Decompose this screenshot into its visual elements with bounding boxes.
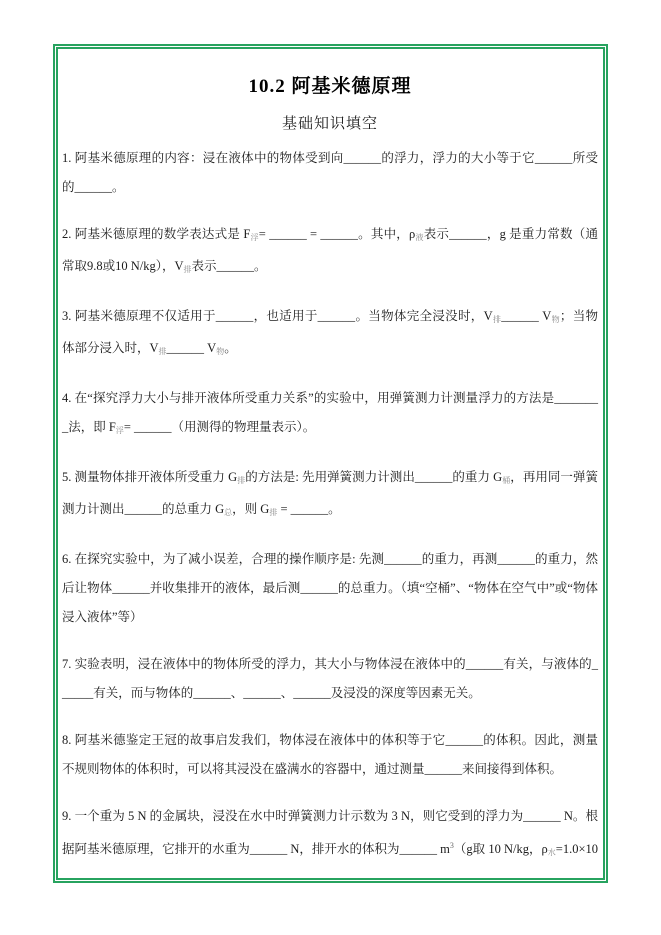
subscript-char: 总 <box>224 508 232 517</box>
question-9: 9. 一个重为 5 N 的金属块，浸没在水中时弹簧测力计示数为 3 N，则它受到… <box>62 802 598 883</box>
question-text-segment: = ______。 <box>277 502 340 516</box>
question-text-segment: =1.0×10 <box>556 842 598 856</box>
question-text-segment: 3. 阿基米德原理不仅适用于______，也适用于______。当物体完全浸没时… <box>62 309 493 323</box>
worksheet-frame: 10.2 阿基米德原理 基础知识填空 1. 阿基米德原理的内容：浸在液体中的物体… <box>53 44 608 883</box>
subscript-char: 排 <box>493 315 502 324</box>
question-6: 6. 在探究实验中，为了减小误差，合理的操作顺序是: 先测______的重力，再… <box>62 545 598 632</box>
question-text-segment: 8. 阿基米德鉴定王冠的故事启发我们，物体浸在液体中的体积等于它______的体… <box>62 733 598 776</box>
question-text-segment: ______ V <box>501 309 551 323</box>
subscript-char: 物 <box>551 315 560 324</box>
subscript-char: 排 <box>184 265 192 274</box>
question-text-segment: = ______（用测得的物理量表示）。 <box>124 420 315 434</box>
question-text-segment: 1. 阿基米德原理的内容：浸在液体中的物体受到向______的浮力，浮力的大小等… <box>62 151 598 194</box>
subscript-char: 浮 <box>250 233 258 242</box>
question-text-segment: 的方法是: 先用弹簧测力计测出______的重力 G <box>245 470 502 484</box>
question-text-segment: 2. 阿基米德原理的数学表达式是 F <box>62 227 250 241</box>
question-8: 8. 阿基米德鉴定王冠的故事启发我们，物体浸在液体中的体积等于它______的体… <box>62 726 598 784</box>
question-text-segment: 7. 实验表明，浸在液体中的物体所受的浮力，其大小与物体浸在液体中的______… <box>62 657 598 700</box>
question-2: 2. 阿基米德原理的数学表达式是 F浮= ______ = ______。其中，… <box>62 220 598 284</box>
question-text-segment: ______ V <box>167 341 217 355</box>
section-subtitle: 基础知识填空 <box>62 116 598 133</box>
subscript-char: 水 <box>548 848 556 857</box>
subscript-char: 物 <box>216 347 224 356</box>
question-3: 3. 阿基米德原理不仅适用于______，也适用于______。当物体完全浸没时… <box>62 302 598 366</box>
question-text-segment: 6. 在探究实验中，为了减小误差，合理的操作顺序是: 先测______的重力，再… <box>62 552 598 624</box>
question-5: 5. 测量物体排开液体所受重力 G排的方法是: 先用弹簧测力计测出______的… <box>62 463 598 527</box>
subscript-char: 排 <box>159 347 167 356</box>
subscript-char: 液 <box>415 233 423 242</box>
question-7: 7. 实验表明，浸在液体中的物体所受的浮力，其大小与物体浸在液体中的______… <box>62 650 598 708</box>
question-1: 1. 阿基米德原理的内容：浸在液体中的物体受到向______的浮力，浮力的大小等… <box>62 144 598 202</box>
worksheet-page: 10.2 阿基米德原理 基础知识填空 1. 阿基米德原理的内容：浸在液体中的物体… <box>0 0 661 935</box>
question-text-segment: 表示______。 <box>192 259 267 273</box>
question-text-segment: kg/m <box>66 878 92 883</box>
page-title: 10.2 阿基米德原理 <box>62 76 598 97</box>
question-text-segment: = ______ = ______。其中，ρ <box>259 227 415 241</box>
question-text-segment: （g取 10 N/kg，ρ <box>454 842 548 856</box>
question-text-segment: 。 <box>224 341 237 355</box>
question-text-segment: 5. 测量物体排开液体所受重力 G <box>62 470 237 484</box>
question-text-segment: ，则 G <box>232 502 269 516</box>
question-text-segment: ）。 <box>96 878 115 883</box>
question-4: 4. 在“探究浮力大小与排开液体所受重力关系”的实验中，用弹簧测力计测量浮力的方… <box>62 384 598 445</box>
subscript-char: 浮 <box>116 426 124 435</box>
